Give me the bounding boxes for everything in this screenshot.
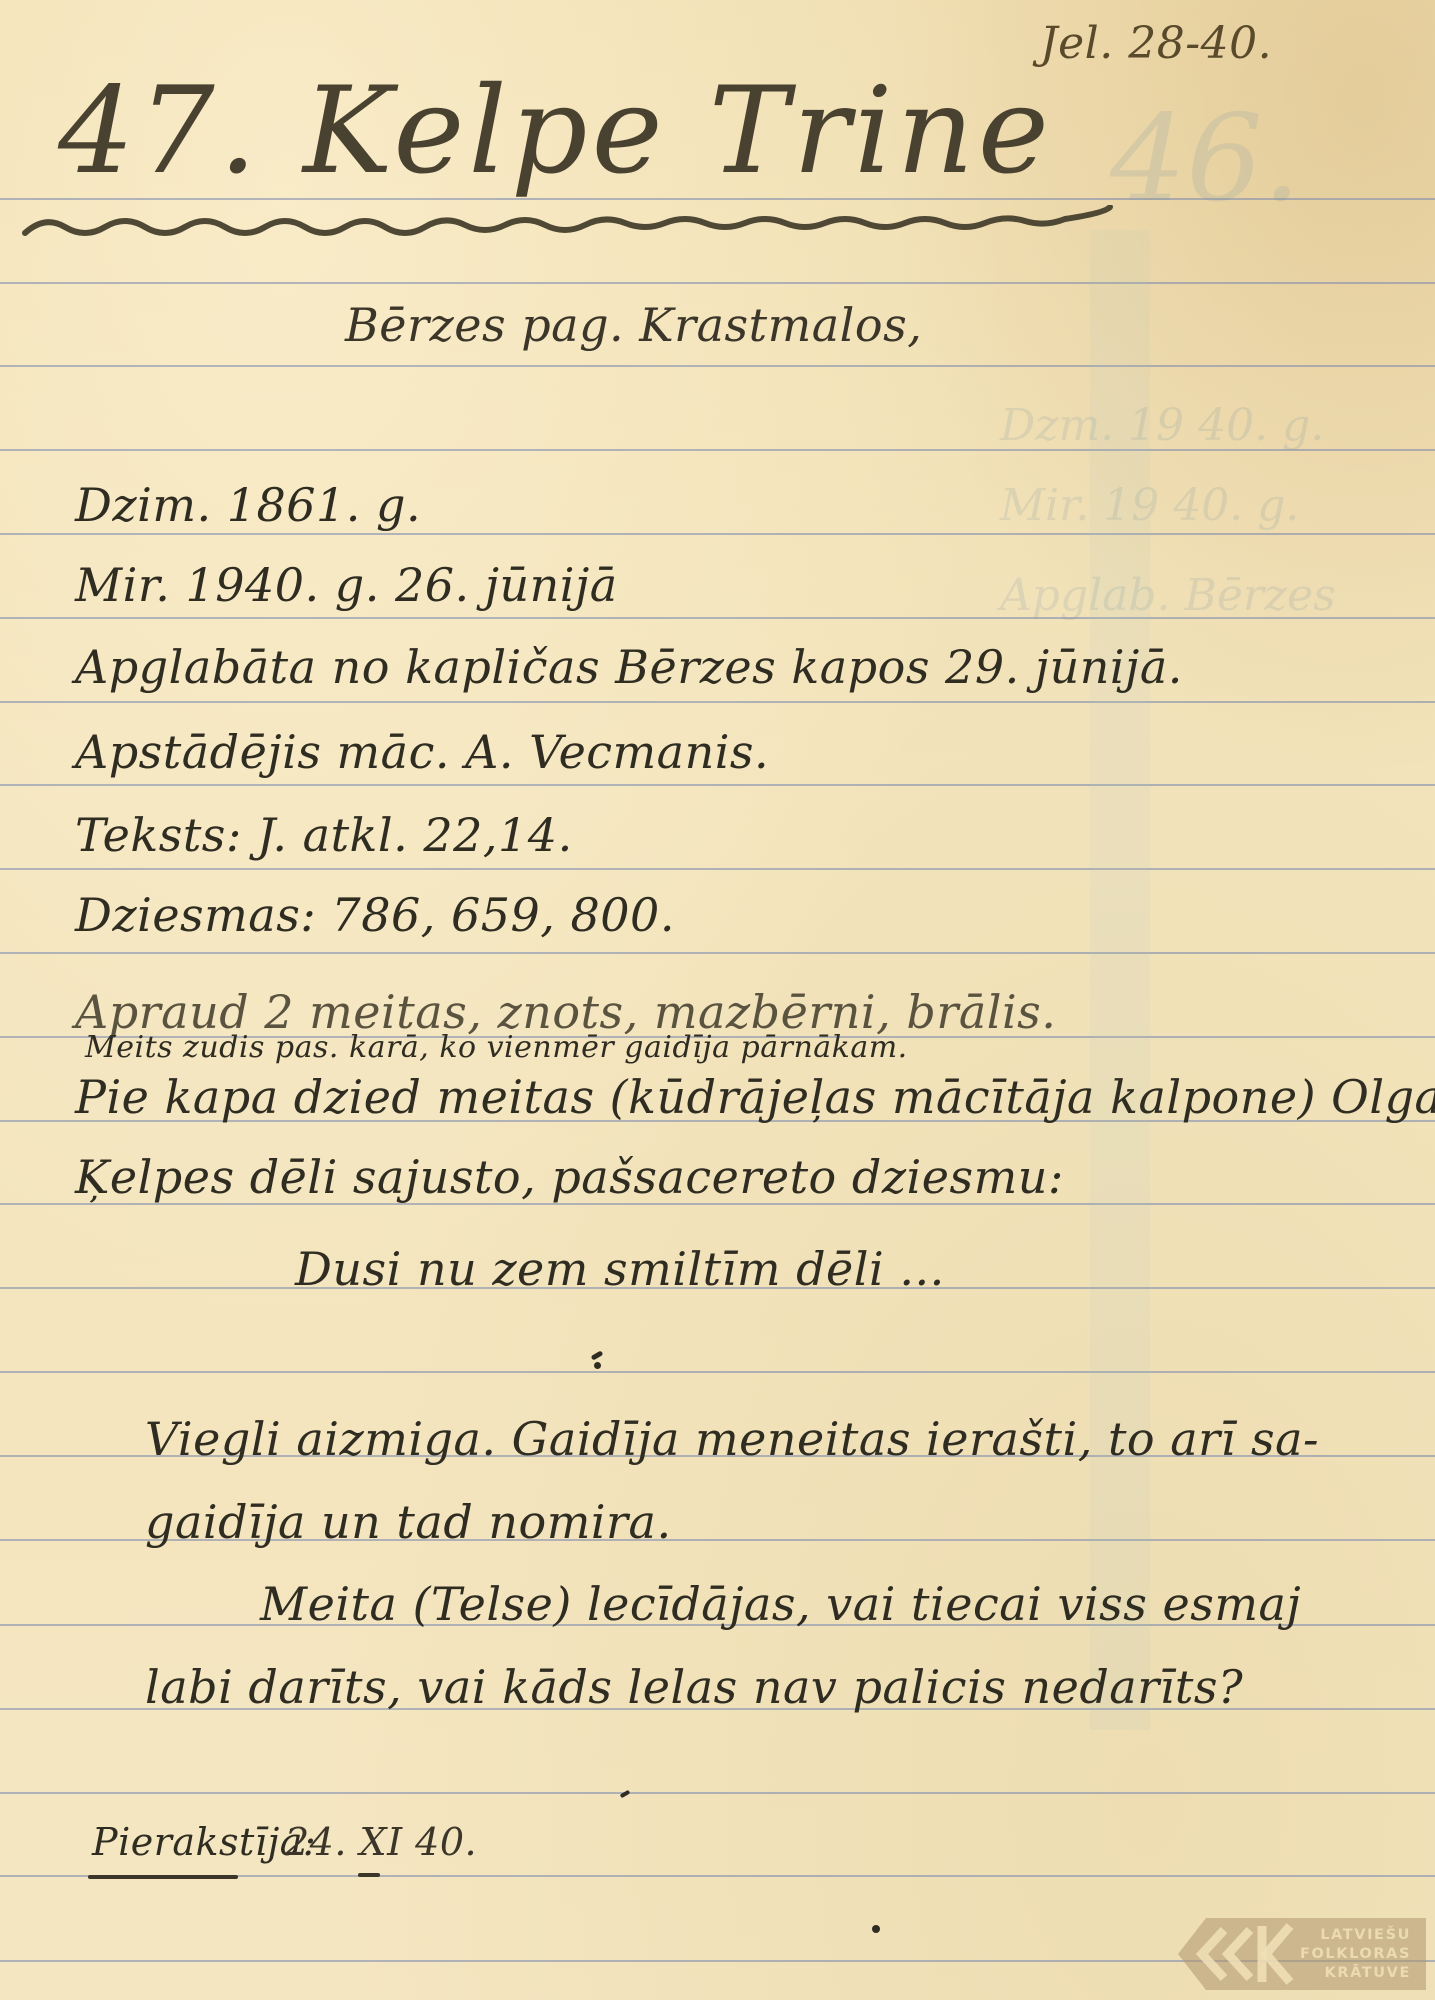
buried-line: Apglabāta no kapličas Bērzes kapos 29. j… <box>75 640 1183 694</box>
wavy-underline <box>20 205 1115 245</box>
songs-line: Dziesmas: 786, 659, 800. <box>75 888 675 942</box>
logo-line: LATVIEŠU <box>1320 1926 1411 1945</box>
record-title: 47. Kelpe Trine <box>58 62 1053 201</box>
show-through-text: Dzm. 19 40. g. <box>1000 400 1324 451</box>
ruled-line <box>0 701 1435 703</box>
grave-song-line: Pie kapa dzied meitas (kūdrājeļas mācītā… <box>75 1070 1435 1124</box>
archive-card: 46. Dzm. 19 40. g. Mir. 19 40. g. Apglab… <box>0 0 1435 2000</box>
ruled-line <box>0 365 1435 367</box>
song-intro-line: Ķelpes dēli sajusto, pašsacereto dziesmu… <box>75 1150 1064 1204</box>
note-line: labi darīts, vai kāds lelas nav palicis … <box>145 1660 1243 1714</box>
ruled-line <box>0 1792 1435 1794</box>
stray-dot <box>872 1925 880 1933</box>
lfk-chevron-k-icon <box>1178 1918 1296 1990</box>
inserted-note-line: Meits zudis pas. karā, ko vienmēr gaidīj… <box>85 1030 908 1065</box>
poem-line: Dusi nu zem smiltīm dēli ... <box>295 1242 945 1296</box>
roman-underline <box>358 1873 380 1877</box>
record-date: Jel. 28-40. <box>1040 18 1272 69</box>
died-line: Mir. 1940. g. 26. jūnijā <box>75 558 618 612</box>
place-line: Bērzes pag. Krastmalos, <box>345 298 922 352</box>
logo-text: LATVIEŠU FOLKLORAS KRĀTUVE <box>1300 1926 1411 1983</box>
logo-line: KRĀTUVE <box>1325 1964 1412 1983</box>
born-line: Dzim. 1861. g. <box>75 478 421 532</box>
recorded-date: 24. XI 40. <box>285 1820 477 1864</box>
ruled-line <box>0 868 1435 870</box>
show-through-text: Mir. 19 40. g. <box>1000 480 1299 531</box>
lfk-logo: LATVIEŠU FOLKLORAS KRĀTUVE <box>1178 1918 1426 1990</box>
ruled-line <box>0 533 1435 535</box>
separator-mark <box>591 1350 604 1360</box>
label-underline <box>88 1875 238 1879</box>
note-line: gaidīja un tad nomira. <box>145 1495 672 1549</box>
show-through-stain <box>1090 230 1150 1730</box>
ruled-line <box>0 1371 1435 1373</box>
text-line: Teksts: J. atkl. 22,14. <box>75 808 573 862</box>
ruled-line <box>0 282 1435 284</box>
officiant-line: Apstādējis māc. A. Vecmanis. <box>75 725 769 779</box>
ruled-line <box>0 784 1435 786</box>
ruled-line <box>0 952 1435 954</box>
separator-mark <box>594 1362 601 1369</box>
note-line: Viegli aizmiga. Gaidīja meneitas ierašti… <box>145 1412 1319 1466</box>
logo-line: FOLKLORAS <box>1300 1945 1411 1964</box>
show-through-text: 46. <box>1110 90 1301 229</box>
note-line: Meita (Telse) lecīdājas, vai tiecai viss… <box>260 1577 1301 1631</box>
show-through-text: Apglab. Bērzes <box>1000 570 1336 621</box>
recorded-by-label: Pierakstīja: <box>92 1820 316 1864</box>
